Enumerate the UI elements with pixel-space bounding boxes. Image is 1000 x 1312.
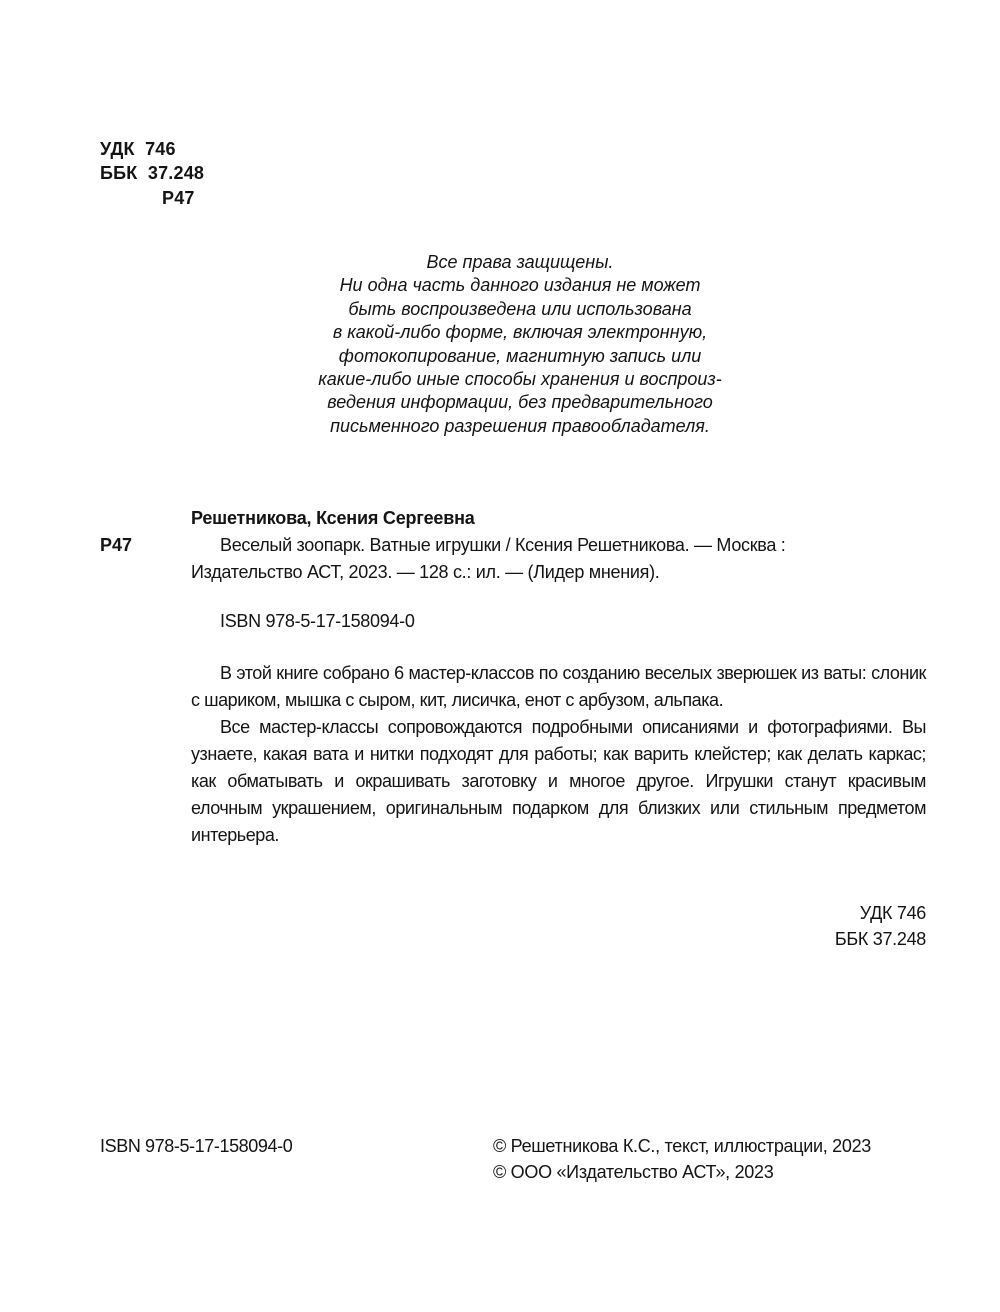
author-code: Р47 <box>100 533 132 557</box>
description-line: Веселый зоопарк. Ватные игрушки / Ксения… <box>191 532 931 559</box>
rights-notice: Все права защищены. Ни одна часть данног… <box>280 251 760 438</box>
author-code-top: Р47 <box>162 186 195 210</box>
rights-line: ведения информации, без предварительного <box>280 391 760 414</box>
rights-line: письменного разрешения правообладателя. <box>280 415 760 438</box>
imprint-page: УДК 746 ББК 37.248 Р47 Все права защищен… <box>0 0 1000 1312</box>
rights-line: какие-либо иные способы хранения и воспр… <box>280 368 760 391</box>
rights-line: фотокопирование, магнитную запись или <box>280 345 760 368</box>
rights-line: быть воспроизведена или использована <box>280 298 760 321</box>
annotation: В этой книге собрано 6 мастер-классов по… <box>191 660 926 849</box>
bbk-code-top: ББК 37.248 <box>100 161 204 185</box>
author-heading: Решетникова, Ксения Сергеевна <box>191 506 475 530</box>
copyright-line: © ООО «Издательство АСТ», 2023 <box>493 1159 871 1185</box>
udk-code-bottom: УДК 746 <box>835 900 926 926</box>
rights-line: Все права защищены. <box>280 251 760 274</box>
description-line: Издательство АСТ, 2023. — 128 с.: ил. — … <box>191 559 931 586</box>
bbk-code-bottom: ББК 37.248 <box>835 926 926 952</box>
rights-line: Ни одна часть данного издания не может <box>280 274 760 297</box>
udk-code-top: УДК 746 <box>100 137 176 161</box>
bibliographic-description: Веселый зоопарк. Ватные игрушки / Ксения… <box>191 532 931 586</box>
annotation-paragraph: Все мастер-классы сопровождаются подробн… <box>191 714 926 849</box>
isbn-footer: ISBN 978-5-17-158094-0 <box>100 1134 292 1158</box>
isbn-record: ISBN 978-5-17-158094-0 <box>220 609 415 633</box>
copyright-block: © Решетникова К.С., текст, иллюстрации, … <box>493 1133 871 1185</box>
classification-bottom: УДК 746 ББК 37.248 <box>835 900 926 952</box>
rights-line: в какой-либо форме, включая электронную, <box>280 321 760 344</box>
annotation-paragraph: В этой книге собрано 6 мастер-классов по… <box>191 660 926 714</box>
copyright-line: © Решетникова К.С., текст, иллюстрации, … <box>493 1133 871 1159</box>
